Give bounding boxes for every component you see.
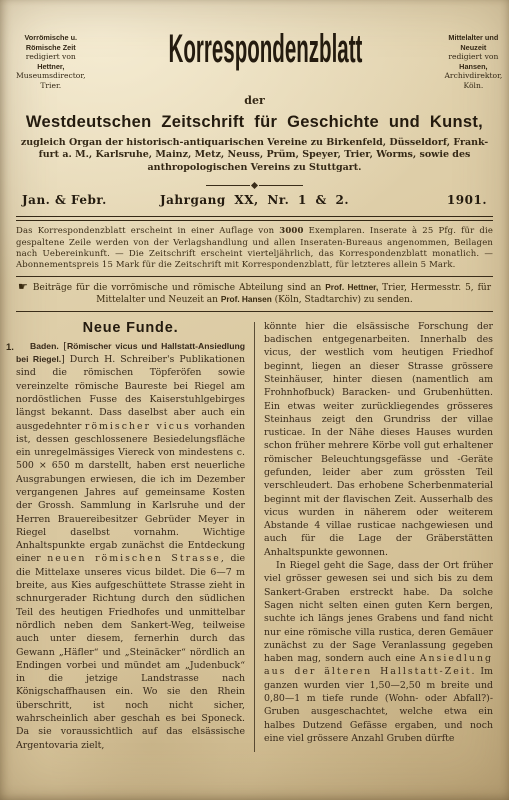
- notice-rule: [16, 276, 493, 277]
- issue-volume: Jahrgang XX, Nr. 1 & 2.: [16, 193, 493, 207]
- text-segment: Prof. Hettner,: [325, 283, 378, 292]
- right-column: könnte hier die elsässische Forschung de…: [264, 320, 493, 752]
- editor-right-name-line: Hansen, Archivdirektor,: [444, 62, 502, 81]
- editor-block-left: Vorrömische u. Römische Zeit redigiert v…: [16, 26, 86, 91]
- section-title: Neue Funde.: [16, 320, 245, 336]
- text-segment: könnte hier die elsässische Forschung de…: [264, 321, 493, 558]
- editor-right-section: Mittelalter und Neuzeit: [444, 33, 502, 52]
- publication-notice: Das Korrespondenzblatt erscheint in eine…: [16, 226, 493, 271]
- divider-bar: [206, 185, 250, 186]
- manicule-icon: ☛: [18, 280, 28, 293]
- issue-year: 1901.: [447, 193, 487, 207]
- editor-left-section: Vorrömische u. Römische Zeit: [16, 33, 86, 52]
- editor-right-city: Köln.: [444, 81, 502, 91]
- journal-subtitle: zugleich Organ der historisch-antiquaris…: [16, 137, 493, 175]
- text-segment: In Riegel geht die Sage, dass der Ort fr…: [264, 560, 493, 664]
- text-segment: Prof. Hansen: [221, 295, 272, 304]
- editor-left-name-line: Hettner, Museumsdirector,: [16, 62, 86, 81]
- text-segment: (Köln, Stadtarchiv) zu senden.: [272, 295, 413, 305]
- journal-title: Westdeutschen Zeitschrift für Geschichte…: [16, 113, 493, 132]
- editor-left-city: Trier.: [16, 81, 86, 91]
- text-line: zugleich Organ der historisch-antiquaris…: [16, 137, 493, 150]
- masthead-title-wrap: Korrespondenzblatt: [86, 26, 445, 72]
- text-segment: . Im ganzen wurden vier 1,50—2,50 m brei…: [264, 666, 493, 743]
- article-paragraph-right-2: In Riegel geht die Sage, dass der Ort fr…: [264, 559, 493, 745]
- text-segment: Baden.: [30, 341, 59, 351]
- ornament-divider: [16, 183, 493, 188]
- divider-bar: [259, 185, 303, 186]
- text-segment: römischer vicus: [85, 421, 191, 432]
- column-divider-rule: [254, 322, 255, 752]
- editor-right-role: Archivdirektor,: [444, 71, 502, 80]
- editor-left-name: Hettner,: [37, 62, 64, 71]
- text-line: anthropologischen Vereins zu Stuttgart.: [16, 162, 493, 175]
- editor-right-redigiert: redigiert von: [444, 52, 502, 62]
- article-paragraph-right-1: könnte hier die elsässische Forschung de…: [264, 320, 493, 559]
- editor-right-name: Hansen,: [459, 62, 487, 71]
- editor-left-role: Museumsdirector,: [16, 71, 86, 80]
- left-column: Neue Funde. 1. Baden. [Römischer vicus u…: [16, 320, 245, 752]
- issue-line: Jan. & Febr. Jahrgang XX, Nr. 1 & 2. 190…: [16, 193, 493, 210]
- masthead: Vorrömische u. Römische Zeit redigiert v…: [16, 26, 493, 91]
- text-segment: vorhanden ist, dessen geschlossenere Bes…: [16, 421, 245, 565]
- article-columns: Neue Funde. 1. Baden. [Römischer vicus u…: [16, 320, 493, 752]
- text-segment: Das Korrespondenzblatt erscheint in eine…: [16, 226, 279, 236]
- diamond-ornament: [251, 182, 258, 189]
- contribution-note: ☛Beiträge für die vorrömische und römisc…: [18, 281, 491, 307]
- page-title: Korrespondenzblatt: [168, 26, 362, 73]
- text-segment: 3000: [279, 226, 303, 236]
- contrib-rule: [16, 311, 493, 312]
- contribution-note-text: Beiträge für die vorrömische und römisch…: [33, 283, 491, 306]
- editor-left-redigiert: redigiert von: [16, 52, 86, 62]
- text-line: furt a. M., Karlsruhe, Mainz, Metz, Neus…: [16, 149, 493, 162]
- editor-block-right: Mittelalter und Neuzeit redigiert von Ha…: [444, 26, 502, 91]
- text-segment: neuen römischen Strasse: [47, 553, 221, 564]
- journal-page: Vorrömische u. Römische Zeit redigiert v…: [0, 0, 509, 800]
- header-double-rule: [16, 216, 493, 221]
- text-segment: [: [59, 341, 67, 352]
- article-paragraph-left: Baden. [Römischer vicus und Hallstatt-An…: [16, 340, 245, 752]
- text-segment: , die die Mittelaxe unseres vicus bildet…: [16, 553, 245, 750]
- der-label: der: [16, 94, 493, 107]
- item-number: 1.: [6, 342, 14, 353]
- text-segment: Beiträge für die vorrömische und römisch…: [33, 283, 325, 293]
